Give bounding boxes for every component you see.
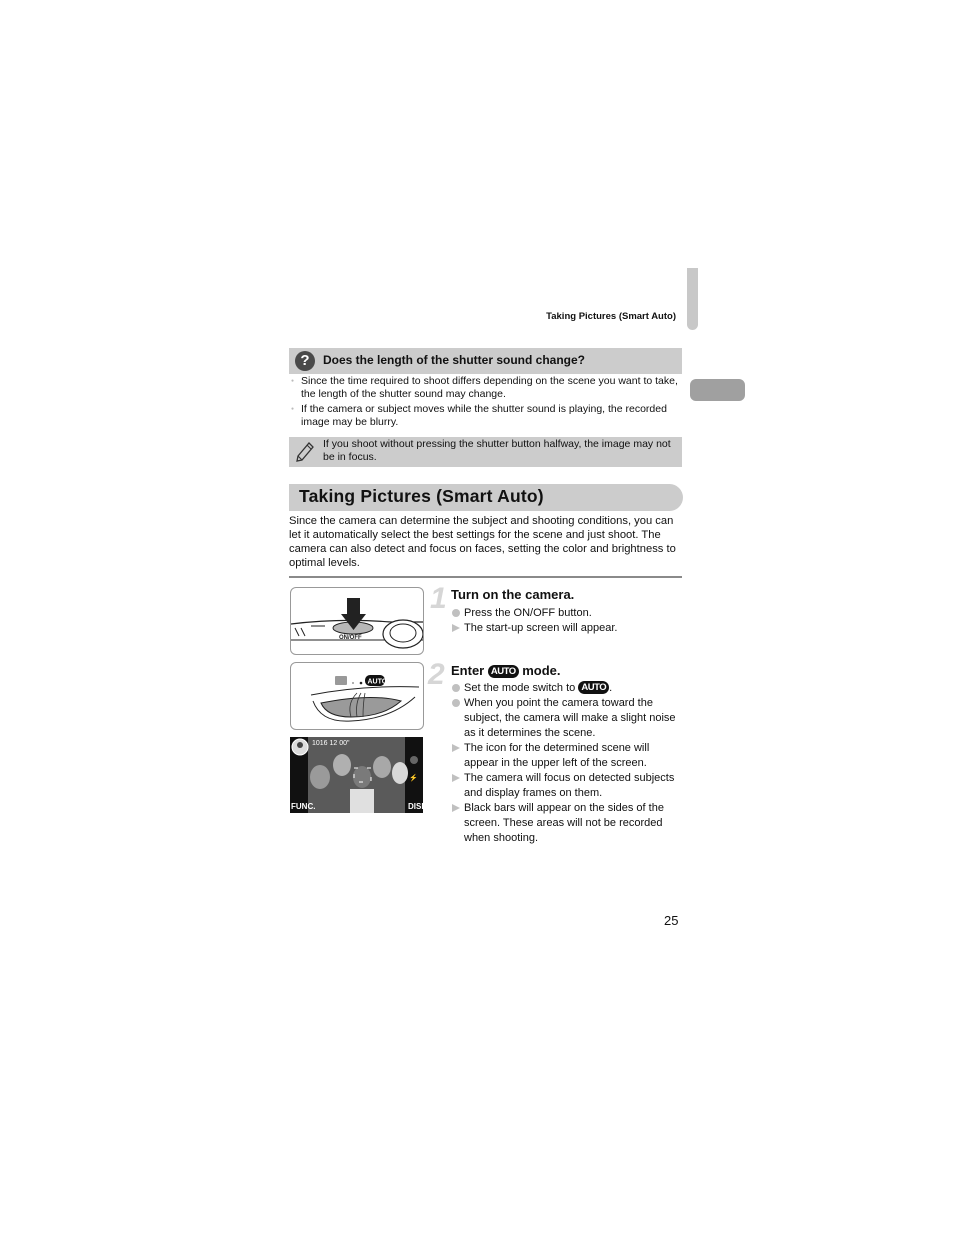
action-text-end: . (609, 682, 612, 694)
auto-mode-icon: AUTO (578, 681, 609, 694)
step-title-post: mode. (522, 663, 560, 678)
svg-text:ON/OFF: ON/OFF (339, 635, 362, 641)
faq-bullet: If the camera or subject moves while the… (289, 403, 684, 429)
faq-header: ? Does the length of the shutter sound c… (289, 348, 682, 374)
chapter-side-tab (690, 379, 745, 401)
section-intro: Since the camera can determine the subje… (289, 514, 684, 570)
note-box: If you shoot without pressing the shutte… (289, 437, 682, 467)
action-text: Set the mode switch to (464, 682, 575, 694)
step-number: 2 (428, 658, 445, 692)
step-title: Turn on the camera. (451, 587, 574, 602)
step-title-pre: Enter (451, 663, 484, 678)
faq-title: Does the length of the shutter sound cha… (323, 353, 585, 367)
faq-bullet: Since the time required to shoot differs… (289, 375, 684, 401)
lcd-screen-photo: 1016 12 00" ⚡ FUNC. DISP. (290, 737, 423, 813)
note-text: If you shoot without pressing the shutte… (323, 438, 681, 464)
mode-switch-illustration: AUTO (290, 662, 424, 730)
section-title: Taking Pictures (Smart Auto) (299, 486, 544, 507)
result-item: Black bars will appear on the sides of t… (451, 801, 683, 846)
result-item: The camera will focus on detected subjec… (451, 771, 683, 801)
camera-top-icon: ON/OFF (291, 588, 423, 654)
question-icon: ? (295, 351, 315, 371)
result-item: The icon for the determined scene will a… (451, 741, 683, 771)
svg-text:FUNC.: FUNC. (291, 802, 315, 811)
divider (289, 576, 682, 578)
svg-text:DISP.: DISP. (408, 802, 423, 811)
onoff-illustration: ON/OFF (290, 587, 424, 655)
step-number: 1 (430, 582, 447, 616)
running-header: Taking Pictures (Smart Auto) (480, 311, 676, 322)
action-item: Press the ON/OFF button. (451, 606, 681, 621)
screen-preview-image: 1016 12 00" ⚡ FUNC. DISP. (290, 737, 423, 813)
step-items: Set the mode switch to AUTO. When you po… (451, 681, 683, 846)
page-number: 25 (664, 913, 678, 928)
chapter-tab-bar (687, 268, 698, 330)
section-heading-bar: Taking Pictures (Smart Auto) (289, 484, 683, 511)
svg-text:1016 12 00": 1016 12 00" (312, 740, 350, 747)
auto-mode-icon: AUTO (488, 665, 519, 678)
step-title: Enter AUTO mode. (451, 663, 561, 678)
step-items: Press the ON/OFF button. The start-up sc… (451, 606, 681, 636)
action-item: Set the mode switch to AUTO. (451, 681, 683, 696)
svg-text:AUTO: AUTO (368, 679, 388, 686)
result-item: The start-up screen will appear. (451, 621, 681, 636)
pencil-icon (295, 441, 315, 463)
faq-bullets: Since the time required to shoot differs… (289, 375, 684, 431)
action-item: When you point the camera toward the sub… (451, 696, 683, 741)
svg-text:⚡: ⚡ (409, 773, 418, 782)
mode-switch-icon: AUTO (291, 663, 423, 729)
